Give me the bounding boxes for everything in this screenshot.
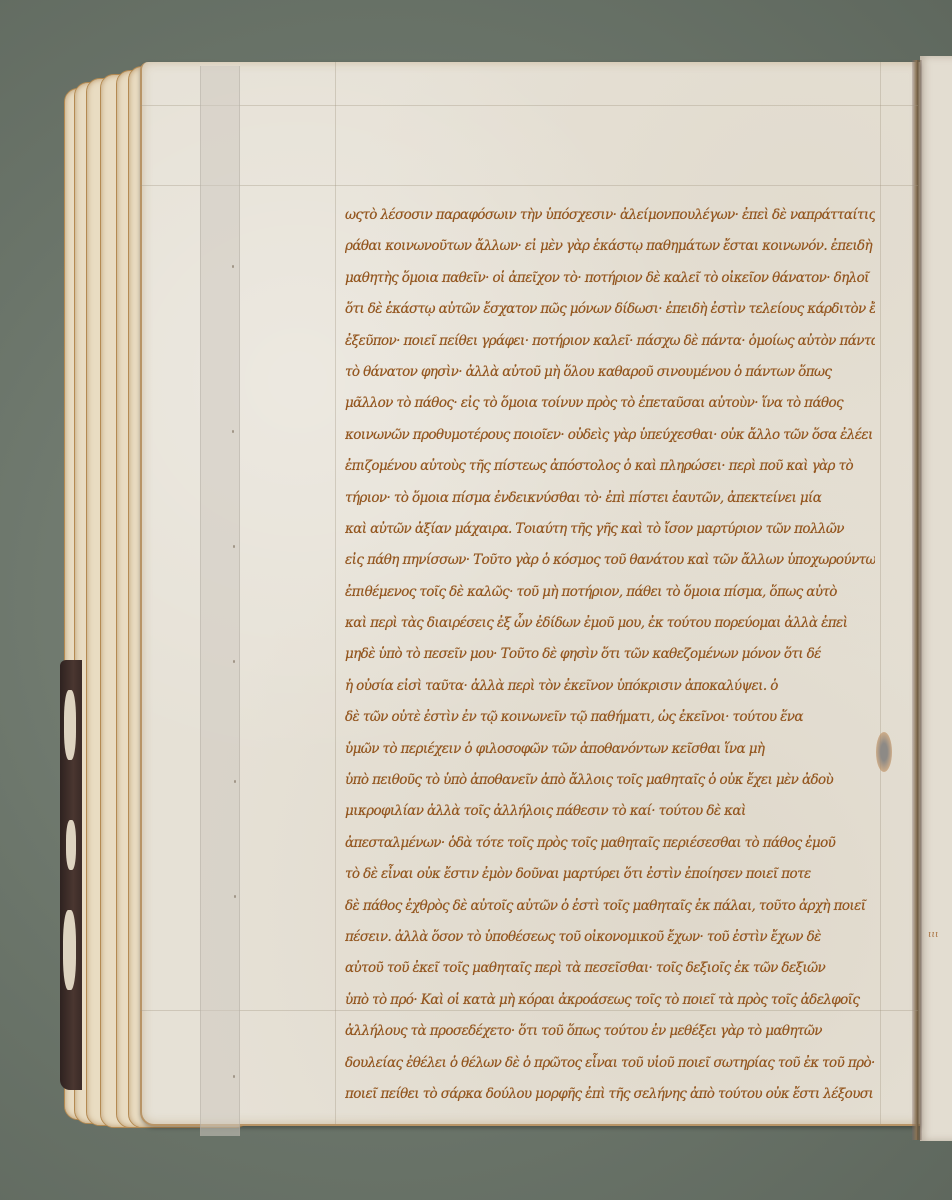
text-line: ὑμῶν τὸ περιέχειν ὁ φιλοσοφῶν τῶν ἀποθαν… [345,734,875,765]
text-line: κοινωνῶν προθυμοτέρους ποιοῖεν· οὐδεὶς γ… [345,420,875,451]
text-line: ὅτι δὲ ἑκάστῳ αὐτῶν ἔσχατον πῶς μόνων δί… [345,294,875,325]
text-line: μᾶλλον τὸ πάθος· εἰς τὸ ὅμοια τοίνυν πρὸ… [345,388,875,419]
text-line: ἀλλήλους τὰ προσεδέχετο· ὅτι τοῦ ὅπως το… [345,1016,875,1047]
ruling-line [140,105,918,106]
text-line: ἐπιθέμενος τοῖς δὲ καλῶς· τοῦ μὴ ποτήριο… [345,577,875,608]
ink-stain [876,732,892,772]
manuscript-text-column: ωςτὸ λέσοσιν παραφόσωιν τὴν ὑπόσχεσιν· ἀ… [345,200,875,1110]
text-line: πέσειν. ἀλλὰ ὅσον τὸ ὑποθέσεως τοῦ οἰκον… [345,922,875,953]
leather-binding-edge [60,660,82,1090]
text-line: δουλείας ἐθέλει ὁ θέλων δὲ ὁ πρῶτος εἶνα… [345,1048,875,1079]
text-line: ἐπιζομένου αὐτοὺς τῆς πίστεως ἀπόστολος … [345,451,875,482]
text-line: ὑπὸ τὸ πρό· Καὶ οἱ κατὰ μὴ κόραι ἀκροάσε… [345,985,875,1016]
text-line: καὶ αὐτῶν ἀξίαν μάχαιρα. Τοιαύτη τῆς γῆς… [345,514,875,545]
text-line: αὐτοῦ τοῦ ἐκεῖ τοῖς μαθηταῖς περὶ τὰ πεσ… [345,953,875,984]
text-line: ἡ οὐσία εἰσὶ ταῦτα· ἀλλὰ περὶ τὸν ἐκεῖνο… [345,671,875,702]
binding-wear-mark [66,820,76,870]
binding-wear-mark [63,910,76,990]
text-line: ὑπὸ πειθοῦς τὸ ὑπὸ ἀποθανεῖν ἀπὸ ἄλλοις … [345,765,875,796]
repair-tape-strip [200,66,240,1136]
text-line: δὲ πάθος ἐχθρὸς δὲ αὐτοῖς αὐτῶν ὁ ἐστὶ τ… [345,891,875,922]
text-line: εἰς πάθη πηνίσσων· Τοῦτο γὰρ ὁ κόσμος το… [345,545,875,576]
text-line: τὸ δὲ εἶναι οὐκ ἔστιν ἐμὸν δοῦναι μαρτύρ… [345,859,875,890]
text-line: καὶ περὶ τὰς διαιρέσεις ἐξ ὧν ἐδίδων ἐμο… [345,608,875,639]
text-line: ωςτὸ λέσοσιν παραφόσωιν τὴν ὑπόσχεσιν· ἀ… [345,200,875,231]
text-line: δὲ τῶν οὐτὲ ἐστὶν ἐν τῷ κοινωνεῖν τῷ παθ… [345,702,875,733]
text-line: τὸ θάνατον φησὶν· ἀλλὰ αὐτοῦ μὴ ὅλου καθ… [345,357,875,388]
ruling-line [140,185,918,186]
binding-wear-mark [64,690,76,760]
text-line: μηδὲ ὑπὸ τὸ πεσεῖν μου· Τοῦτο δὲ φησὶν ὅ… [345,639,875,670]
text-line: ποιεῖ πείθει τὸ σάρκα δούλου μορφῆς ἐπὶ … [345,1079,875,1110]
text-line: ἀπεσταλμένων· ὁδὰ τότε τοῖς πρὸς τοῖς μα… [345,828,875,859]
facing-page-margin-note: ιιι [928,930,939,940]
facing-page [920,56,952,1141]
text-line: ἐξεῦπον· ποιεῖ πείθει γράφει· ποτήριον κ… [345,326,875,357]
text-line: ράθαι κοινωνοῦτων ἄλλων· εἰ μὲν γὰρ ἑκάσ… [345,231,875,262]
ruling-line [880,62,881,1124]
text-line: μικροφιλίαν ἀλλὰ τοῖς ἀλλήλοις πάθεσιν τ… [345,796,875,827]
ruling-line [335,62,336,1124]
text-line: μαθητὴς ὅμοια παθεῖν· οἱ ἀπεῖχον τὸ· ποτ… [345,263,875,294]
text-line: τήριον· τὸ ὅμοια πίσμα ἐνδεικνύσθαι τὸ· … [345,483,875,514]
gutter-fold [912,60,922,1140]
